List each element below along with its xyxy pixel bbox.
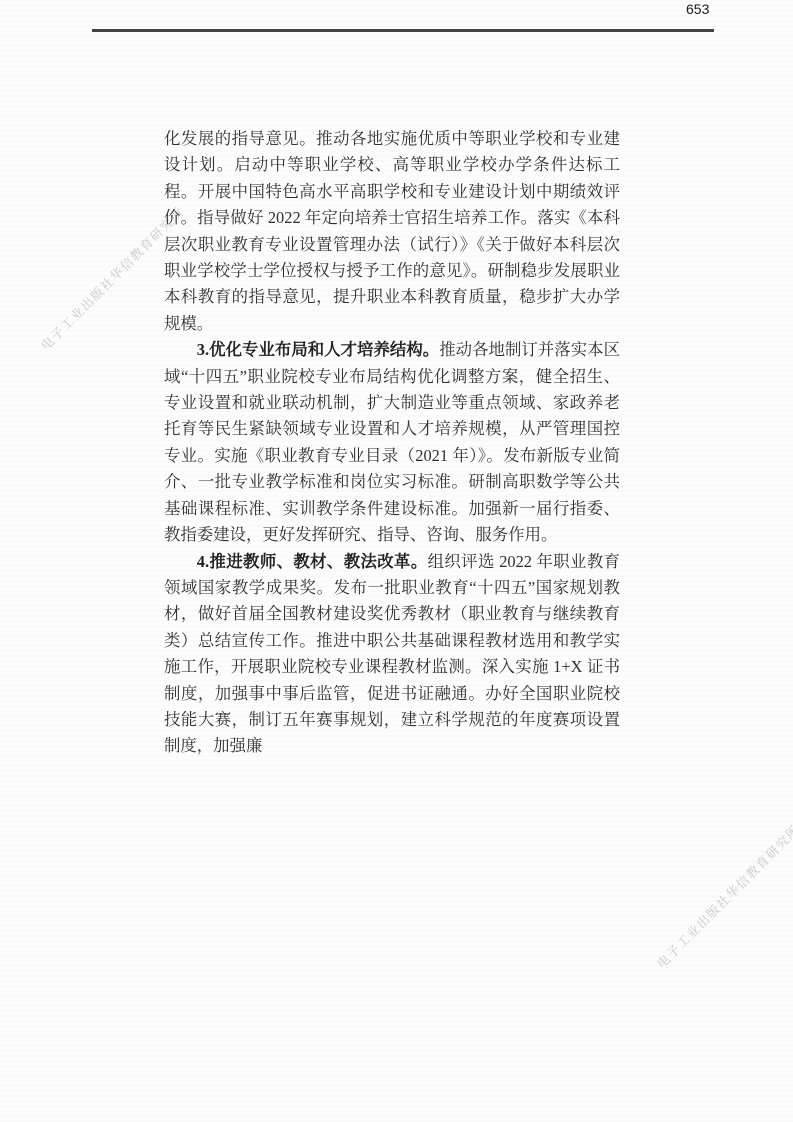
page-number: 653 bbox=[686, 1, 709, 17]
paragraph-heading-run: 4.推进教师、教材、教法改革。 bbox=[197, 552, 428, 571]
paragraph-heading-run: 3.优化专业布局和人才培养结构。 bbox=[197, 340, 439, 359]
paragraph-text-run: 化发展的指导意见。推动各地实施优质中等职业学校和专业建设计划。启动中等职业学校、… bbox=[164, 129, 620, 333]
document-page: 653 电子工业出版社华信教育研究所 电子工业出版社华信教育研究所 化发展的指导… bbox=[0, 0, 793, 1122]
paragraph: 3.优化专业布局和人才培养结构。推动各地制订并落实本区域“十四五”职业院校专业布… bbox=[164, 337, 620, 548]
paragraph-text-run: 推动各地制订并落实本区域“十四五”职业院校专业布局结构优化调整方案，健全招生、专… bbox=[164, 340, 620, 544]
paragraph: 化发展的指导意见。推动各地实施优质中等职业学校和专业建设计划。启动中等职业学校、… bbox=[164, 126, 620, 337]
header-rule bbox=[92, 29, 714, 32]
paragraph: 4.推进教师、教材、教法改革。组织评选 2022 年职业教育领域国家教学成果奖。… bbox=[164, 549, 620, 760]
paragraph-text-run: 组织评选 2022 年职业教育领域国家教学成果奖。发布一批职业教育“十四五”国家… bbox=[164, 552, 620, 756]
document-body: 化发展的指导意见。推动各地实施优质中等职业学校和专业建设计划。启动中等职业学校、… bbox=[164, 126, 620, 760]
watermark-bottom-right: 电子工业出版社华信教育研究所 bbox=[652, 820, 793, 971]
